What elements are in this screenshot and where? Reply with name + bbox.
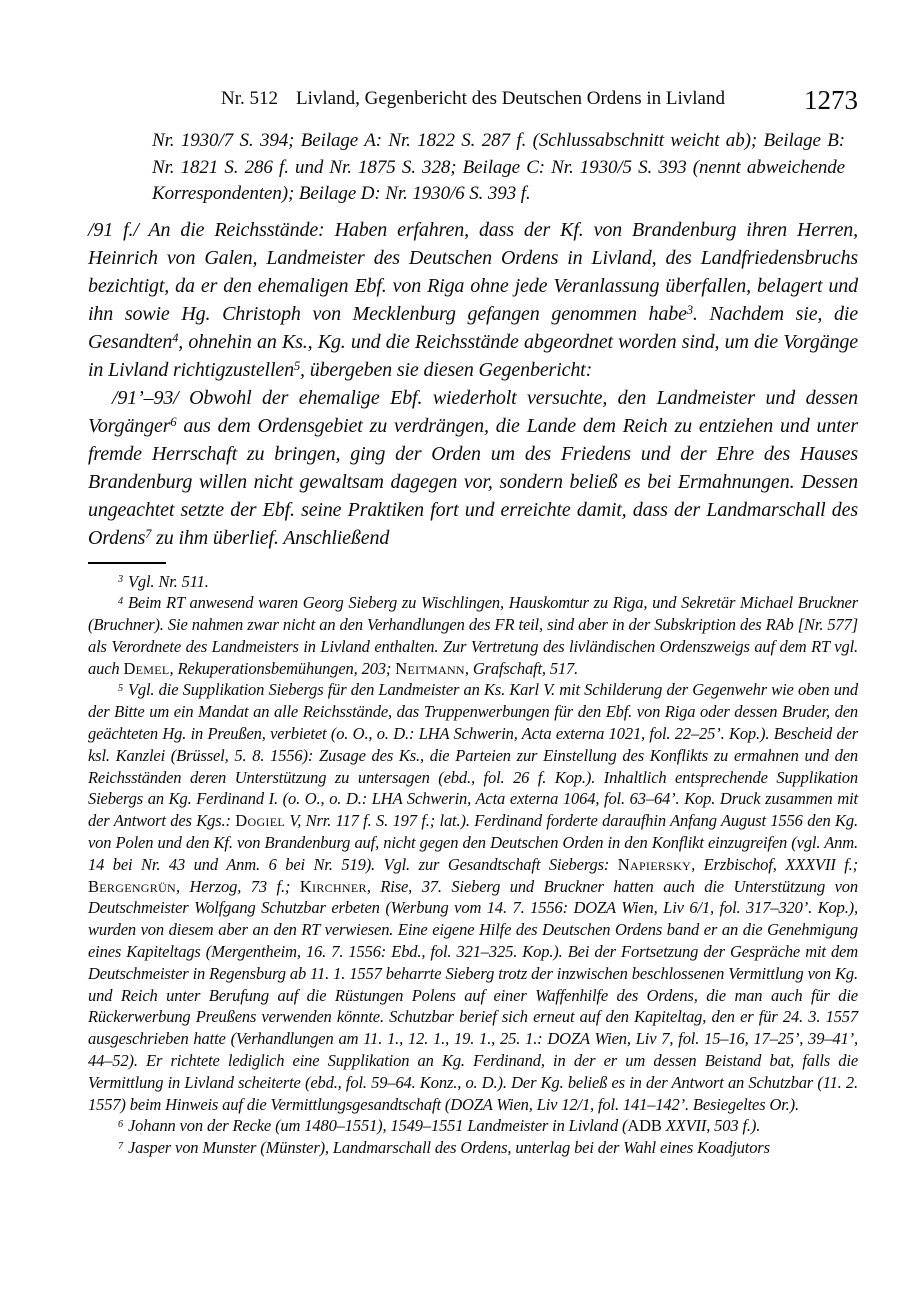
text-run: ADB <box>627 1116 661 1135</box>
text-run: Vgl. die Supplikation Siebergs für den L… <box>88 680 858 830</box>
footnote-number: 4 <box>118 596 123 607</box>
text-column: Nr. 512Livland, Gegenbericht des Deutsch… <box>88 86 858 1159</box>
text-run: zu ihm überlief. Anschließend <box>151 527 389 549</box>
footnote-reference: 4 <box>172 331 178 345</box>
text-run: Johann von der Recke (um 1480–1551), 154… <box>128 1116 627 1135</box>
text-run: , übergeben sie diesen Gegenbericht: <box>300 359 592 381</box>
document-number: Nr. 512 <box>221 88 278 109</box>
footnote-reference: 7 <box>145 527 151 541</box>
footnote-6: 6Johann von der Recke (um 1480–1551), 15… <box>88 1115 858 1137</box>
footnotes-block: 3Vgl. Nr. 511.4Beim RT anwesend waren Ge… <box>88 571 858 1160</box>
page: Nr. 512Livland, Gegenbericht des Deutsch… <box>0 0 900 1300</box>
running-head-title: Nr. 512Livland, Gegenbericht des Deutsch… <box>88 86 858 112</box>
page-number: 1273 <box>804 87 858 114</box>
footnote-3: 3Vgl. Nr. 511. <box>88 571 858 593</box>
document-title: Livland, Gegenbericht des Deutschen Orde… <box>296 88 725 109</box>
scanned-book-page: { "meta": { "page_background": "#ffffff"… <box>0 0 900 1300</box>
running-header: Nr. 512Livland, Gegenbericht des Deutsch… <box>88 86 858 112</box>
footnote-7: 7Jasper von Munster (Münster), Landmarsc… <box>88 1137 858 1159</box>
author-name-smallcaps: Demel <box>123 659 169 678</box>
footnote-number: 5 <box>118 683 123 694</box>
footnote-reference: 3 <box>687 303 693 317</box>
author-name-smallcaps: Kirchner <box>300 877 367 896</box>
document-body: /91 f./ An die Reichsstände: Haben erfah… <box>88 216 858 552</box>
author-name-smallcaps: Bergengrün <box>88 877 176 896</box>
text-run: , Rise, 37. Sieberg und Bruckner hatten … <box>88 877 858 1114</box>
author-name-smallcaps: Neitmann <box>395 659 465 678</box>
footnote-5: 5Vgl. die Supplikation Siebergs für den … <box>88 679 858 1115</box>
text-run: , Rekuperationsbemühungen, 203; <box>170 659 396 678</box>
text-run: Vgl. Nr. 511. <box>128 572 209 591</box>
text-run: , Erzbischof, XXXVII f.; <box>691 855 858 874</box>
footnote-4: 4Beim RT anwesend waren Georg Sieberg zu… <box>88 592 858 679</box>
footnote-reference: 5 <box>294 359 300 373</box>
body-paragraph-1: /91 f./ An die Reichsstände: Haben erfah… <box>88 216 858 384</box>
text-run: , Grafschaft, 517. <box>465 659 578 678</box>
footnote-number: 6 <box>118 1119 123 1130</box>
text-run: , Herzog, 73 f.; <box>176 877 300 896</box>
author-name-smallcaps: Dogiel <box>235 811 285 830</box>
text-run: Jasper von Munster (Münster), Landmarsch… <box>128 1138 770 1157</box>
text-run: Nr. 1930/7 S. 394; Beilage A: Nr. 1822 S… <box>152 130 845 204</box>
body-paragraph-2: /91’–93/ Obwohl der ehemalige Ebf. wiede… <box>88 384 858 552</box>
source-note: Nr. 1930/7 S. 394; Beilage A: Nr. 1822 S… <box>152 128 845 208</box>
footnote-number: 3 <box>118 574 123 585</box>
footnote-separator <box>88 562 166 564</box>
text-run: XXVII, 503 f.). <box>662 1116 760 1135</box>
footnote-number: 7 <box>118 1141 123 1152</box>
author-name-smallcaps: Napiersky <box>618 855 691 874</box>
footnote-reference: 6 <box>170 415 176 429</box>
